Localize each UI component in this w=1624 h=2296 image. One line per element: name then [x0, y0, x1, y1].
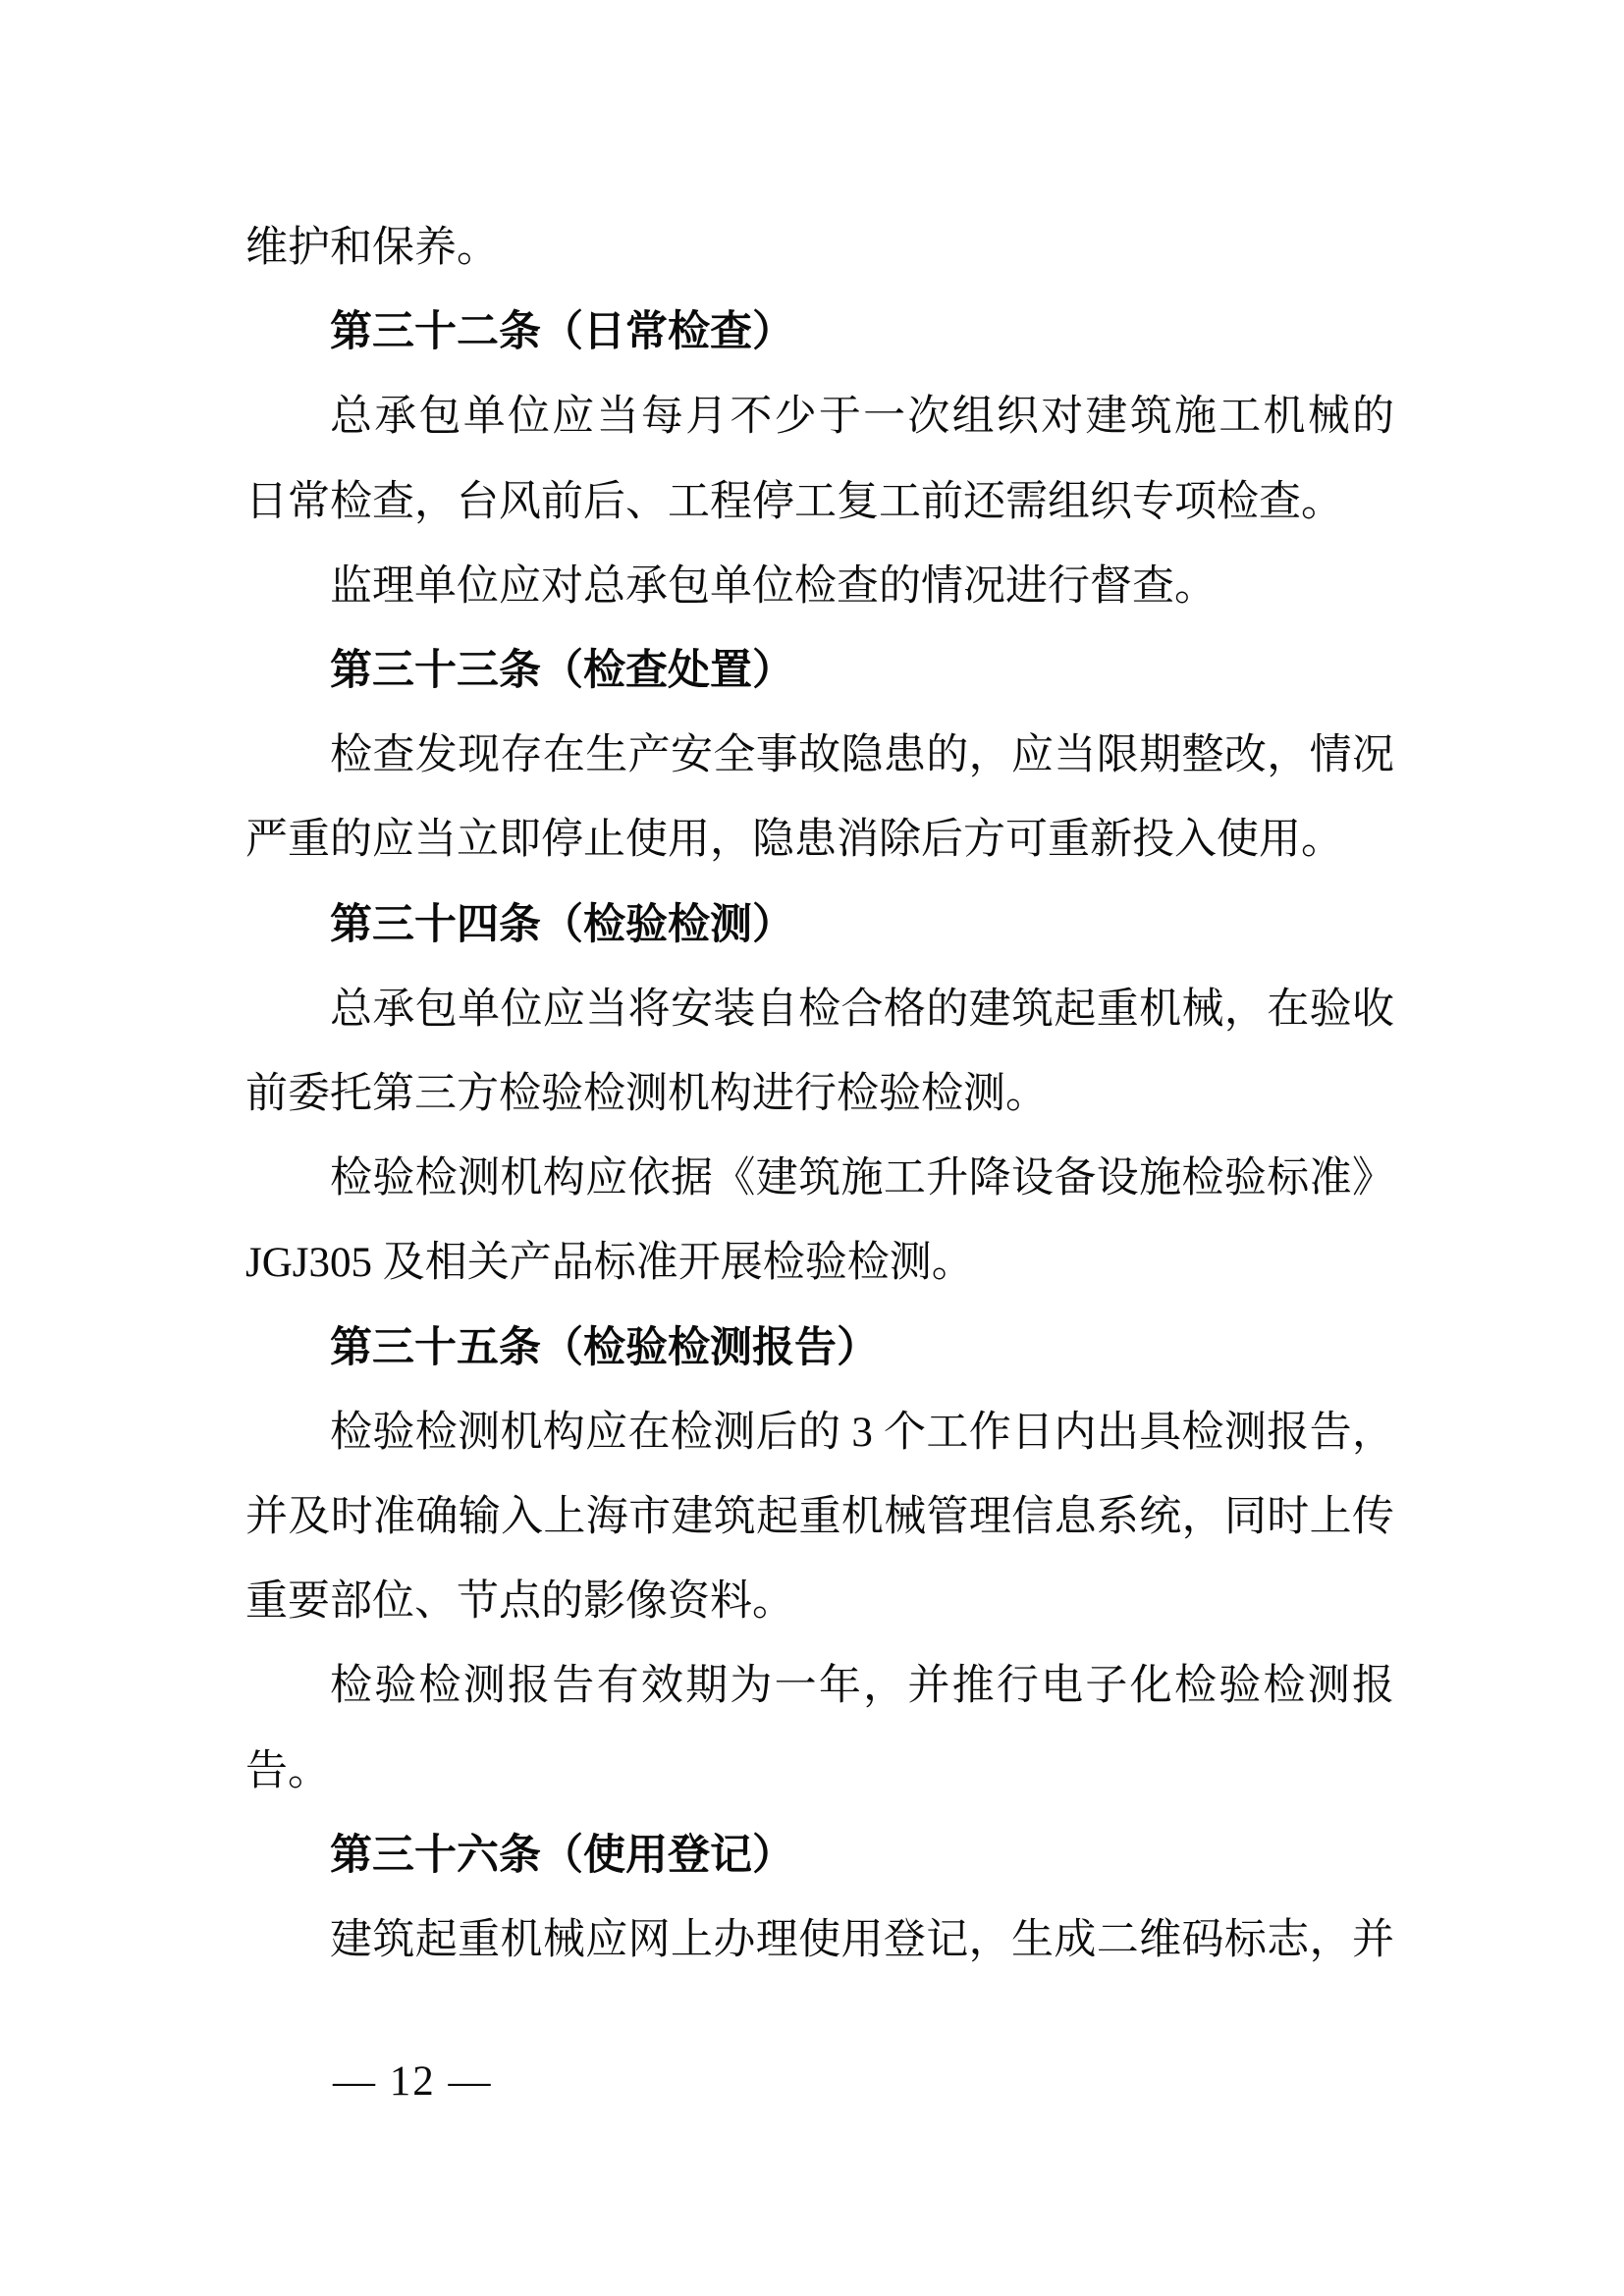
article-heading: 第三十三条（检查处置） [245, 629, 1394, 714]
document-line: 检验检测机构应依据《建筑施工升降设备设施检验标准》 [245, 1137, 1394, 1221]
document-line: 维护和保养。 [245, 206, 1394, 291]
page-number: — 12 — [333, 2058, 493, 2105]
document-line: 总承包单位应当将安装自检合格的建筑起重机械，在验收 [245, 968, 1394, 1052]
page-footer: — 12 — [283, 2008, 493, 2156]
article-heading: 第三十五条（检验检测报告） [245, 1307, 1394, 1391]
document-line: JGJ305 及相关产品标准开展检验检测。 [245, 1221, 1394, 1306]
document-line: 总承包单位应当每月不少于一次组织对建筑施工机械的 [245, 375, 1394, 459]
article-heading: 第三十四条（检验检测） [245, 883, 1394, 968]
document-line: 日常检查，台风前后、工程停工复工前还需组织专项检查。 [245, 460, 1394, 545]
document-line: 严重的应当立即停止使用，隐患消除后方可重新投入使用。 [245, 798, 1394, 882]
document-line: 建筑起重机械应网上办理使用登记，生成二维码标志，并 [245, 1898, 1394, 1983]
document-line: 并及时准确输入上海市建筑起重机械管理信息系统，同时上传 [245, 1475, 1394, 1560]
document-line: 检查发现存在生产安全事故隐患的，应当限期整改，情况 [245, 714, 1394, 798]
document-line: 重要部位、节点的影像资料。 [245, 1560, 1394, 1644]
article-heading: 第三十二条（日常检查） [245, 291, 1394, 375]
article-heading: 第三十六条（使用登记） [245, 1814, 1394, 1898]
document-line: 检验检测机构应在检测后的 3 个工作日内出具检测报告， [245, 1391, 1394, 1475]
document-line: 告。 [245, 1730, 1394, 1814]
document-page: { "colors": { "background": "#ffffff", "… [0, 0, 1624, 2296]
document-line: 前委托第三方检验检测机构进行检验检测。 [245, 1052, 1394, 1137]
document-body: 维护和保养。第三十二条（日常检查）总承包单位应当每月不少于一次组织对建筑施工机械… [0, 0, 1624, 2296]
document-line: 检验检测报告有效期为一年，并推行电子化检验检测报 [245, 1644, 1394, 1729]
document-line: 监理单位应对总承包单位检查的情况进行督查。 [245, 545, 1394, 629]
page: 维护和保养。第三十二条（日常检查）总承包单位应当每月不少于一次组织对建筑施工机械… [0, 0, 1624, 2296]
